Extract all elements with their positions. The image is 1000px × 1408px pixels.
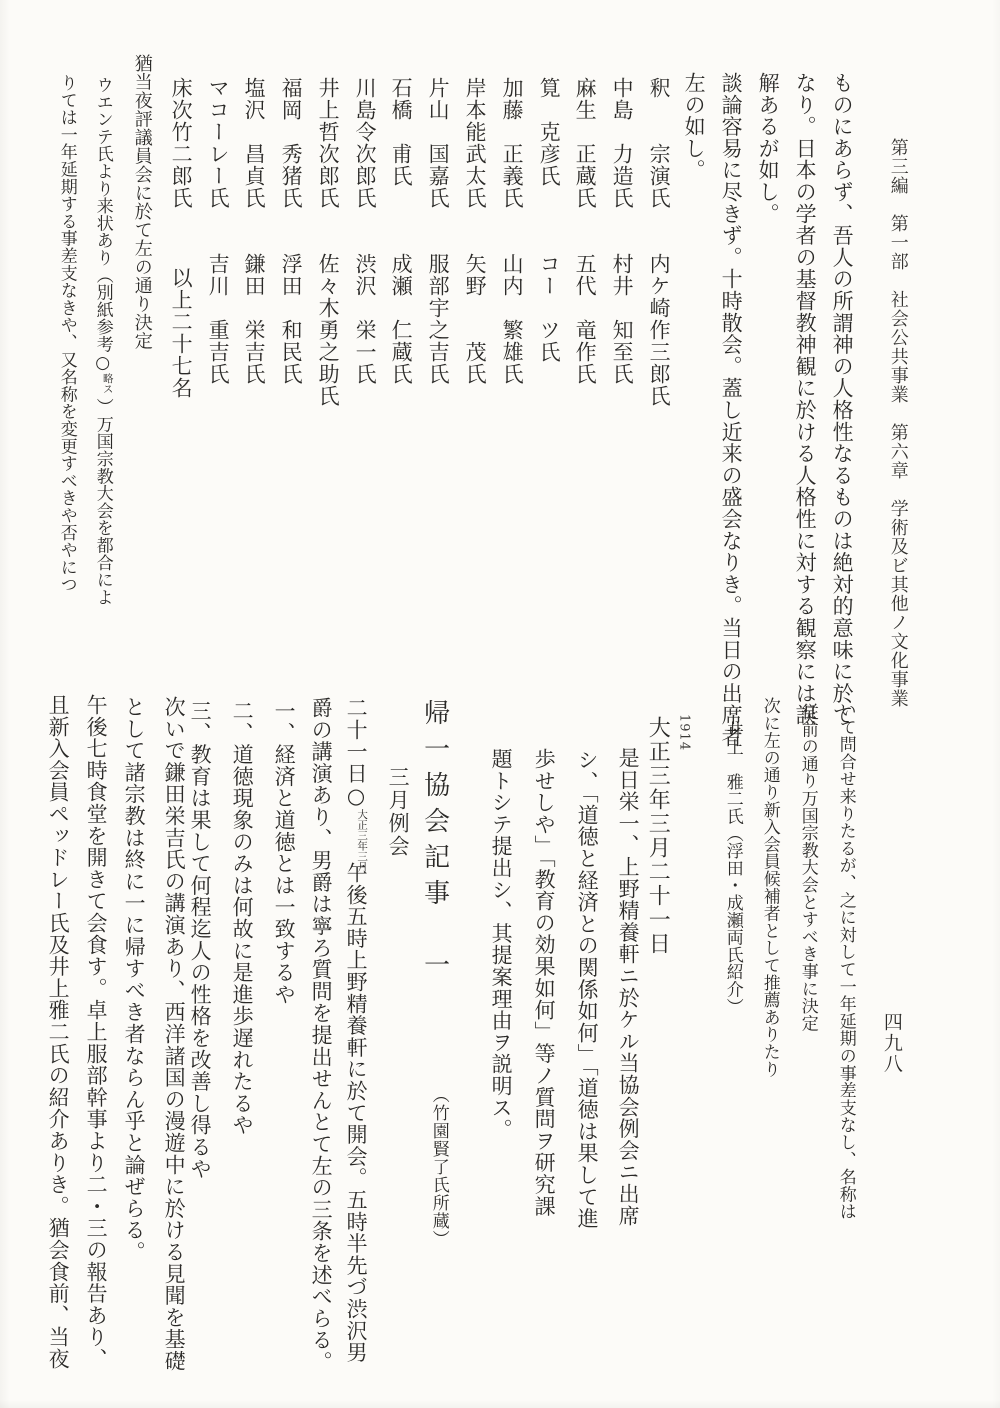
attendee-column: 川島令次郎氏 渋沢 栄一氏 (353, 77, 377, 497)
attendee-name: 井上哲次郎氏 (316, 77, 339, 209)
text-column: 爵の講演あり、男爵は寧ろ質問を提出せんとて左の三条を述べらる。 (309, 697, 332, 1373)
attendee-name: 吉川 重吉氏 (206, 253, 229, 385)
attendee-column: 片山 国嘉氏 服部宇之吉氏 (426, 77, 450, 497)
text-column: なり。日本の学者の基督教神観に於ける人格性に対する観察には誤 (793, 72, 816, 726)
attendee-name: 服部宇之吉氏 (426, 253, 449, 385)
text-column: として諸宗教は終に一に帰すべき者ならん乎と論ぜらる。 (122, 696, 145, 1263)
attendee-name: 片山 国嘉氏 (426, 77, 449, 209)
attendee-name: 福岡 秀猪氏 (279, 77, 302, 209)
attendee-name: 矢野 茂氏 (463, 253, 486, 385)
attendee-name: 鎌田 栄吉氏 (242, 253, 265, 385)
text-column: 猶当夜評議員会に於て左の通り決定 (132, 54, 152, 350)
attendee-column: 麻生 正蔵氏 五代 竜作氏 (573, 77, 597, 497)
attendee-column: 塩沢 昌貞氏 鎌田 栄吉氏 (242, 77, 266, 497)
attendee-column: 石橋 甫氏 成瀬 仁蔵氏 (389, 77, 413, 497)
text-column: 解あるが如し。 (756, 72, 779, 225)
text-column: 午後七時食堂を開きて会食す。卓上服部幹事より二・三の報告あり、 (84, 694, 107, 1370)
text-column: ものにあらず、吾人の所謂神の人格性なるものは絶対的意味に於て (830, 72, 853, 726)
document-source: （竹園賢了氏所蔵） (429, 1086, 448, 1248)
inline-annotation: 大正三年三月 (356, 809, 367, 846)
text-column: 従前の通り万国宗教大会とすべき事に決定 (798, 703, 817, 1032)
book-page: 第三編 第一部 社会公共事業 第六章 学術及ビ其他ノ文化事業 四九八 ものにあら… (0, 0, 1000, 1408)
note-mark: ○ (344, 784, 368, 809)
attendee-name: 五代 竜作氏 (573, 253, 596, 385)
attendee-column: 加藤 正義氏 山内 繁雄氏 (500, 77, 524, 497)
text-column: 題トシテ提出シ、其提案理由ヲ説明ス。 (489, 748, 512, 1140)
question-item: 三、教育は果して何程迄人の性格を改善し得るや (188, 700, 211, 1180)
attendee-name: コー ツ氏 (537, 253, 560, 363)
text-column: いて問合せ来りたるが、之に対して一年延期の事差支なし、名称は (836, 701, 855, 1220)
text-column: 次いで鎌田栄吉氏の講演あり、西洋諸国の漫遊中に於ける見聞を基礎 (162, 696, 185, 1372)
attendee-name: 釈 宗演氏 (647, 77, 670, 209)
text-column: りては一年延期する事差支なきや、又名称を変更すべきや否やにつ (57, 74, 76, 593)
text-column: ウエンテ氏より来状あり（別紙参考○略ス）万国宗教大会を都合によ (93, 76, 113, 606)
document-heading: 帰一協会記事 一 (420, 699, 449, 987)
year-note: 1914 (676, 714, 690, 751)
attendee-name: 麻生 正蔵氏 (573, 77, 596, 209)
attendee-name: 川島令次郎氏 (353, 77, 376, 209)
question-item: 一、経済と道徳とは一致するや (272, 700, 295, 1005)
attendee-name: 加藤 正義氏 (500, 77, 523, 209)
attendee-column: 釈 宗演氏 内ケ崎作三郎氏 (647, 77, 671, 497)
text-column: 次に左の通り新入会員候補者として推薦ありたり (760, 697, 779, 1078)
candidate-name: 井上 雅二氏（浮田・成瀬両氏紹介） (723, 721, 742, 1015)
attendee-name: 筧 克彦氏 (537, 77, 560, 187)
attendee-column: 岸本能武太氏 矢野 茂氏 (463, 77, 487, 497)
attendee-name: 床次竹二郎氏 (169, 77, 192, 209)
text-column: 左の如し。 (682, 72, 705, 181)
question-item: 二、道徳現象のみは何故に是進歩遅れたるや (230, 700, 253, 1136)
attendee-column: 筧 克彦氏 コー ツ氏 (537, 77, 561, 497)
letter-note-pre: ウエンテ氏より来状あり（別紙参考○ (93, 76, 113, 373)
attendee-name: 成瀬 仁蔵氏 (389, 253, 412, 385)
attendee-name: 山内 繁雄氏 (500, 253, 523, 385)
text-column: 是日栄一、上野精養軒ニ於ケル当協会例会ニ出席 (616, 747, 639, 1227)
attendee-name: 内ケ崎作三郎氏 (647, 253, 670, 407)
attendee-name: 村井 知至氏 (610, 253, 633, 385)
attendee-column: 福岡 秀猪氏 浮田 和民氏 (279, 77, 303, 497)
attendee-total: 以上二十七名 (169, 267, 192, 399)
attendee-name: 岸本能武太氏 (463, 77, 486, 209)
page-number: 四九八 (881, 1012, 902, 1075)
attendee-column: 中島 力造氏 村井 知至氏 (610, 77, 634, 497)
attendee-name: 佐々木勇之助氏 (316, 253, 339, 407)
running-header: 第三編 第一部 社会公共事業 第六章 学術及ビ其他ノ文化事業 (888, 138, 908, 708)
attendee-name: 渋沢 栄一氏 (353, 253, 376, 385)
attendee-column: マコーレー氏 吉川 重吉氏 (206, 77, 230, 497)
attendee-name: 石橋 甫氏 (389, 77, 412, 187)
text-column: 歩せしや」「教育の効果如何」等ノ質問ヲ研究課 (532, 748, 555, 1217)
meeting-text: 午後五時上野精養軒に於て開会。五時半先づ渋沢男 (344, 862, 368, 1363)
date-heading: 大正三年三月二十一日 (645, 716, 669, 956)
attendee-column: 井上哲次郎氏 佐々木勇之助氏 (316, 77, 340, 497)
attendee-name: 中島 力造氏 (610, 77, 633, 209)
attendee-name: マコーレー氏 (206, 77, 229, 209)
text-column: シ、「道徳と経済との関係如何」「道徳は果して進 (575, 749, 598, 1229)
text-column: 且新入会員ペッドレー氏及井上雅二氏の紹介ありき。猶会食前、当夜 (46, 694, 69, 1370)
text-column: 二十一日○大正三年三月午後五時上野精養軒に於て開会。五時半先づ渋沢男 (344, 697, 367, 1363)
text-column: 談論容易に尽きず。十時散会。蓋し近来の盛会なりき。当日の出席者 (719, 72, 742, 748)
attendee-name: 塩沢 昌貞氏 (242, 77, 265, 209)
meeting-date: 二十一日 (344, 697, 368, 784)
attendee-column: 床次竹二郎氏 以上二十七名 (169, 77, 193, 497)
letter-note-post: ）万国宗教大会を都合によ (93, 398, 113, 606)
inline-annotation: 略ス (102, 373, 113, 398)
subheading: 三月例会 (386, 766, 409, 858)
attendee-name: 浮田 和民氏 (279, 253, 302, 385)
